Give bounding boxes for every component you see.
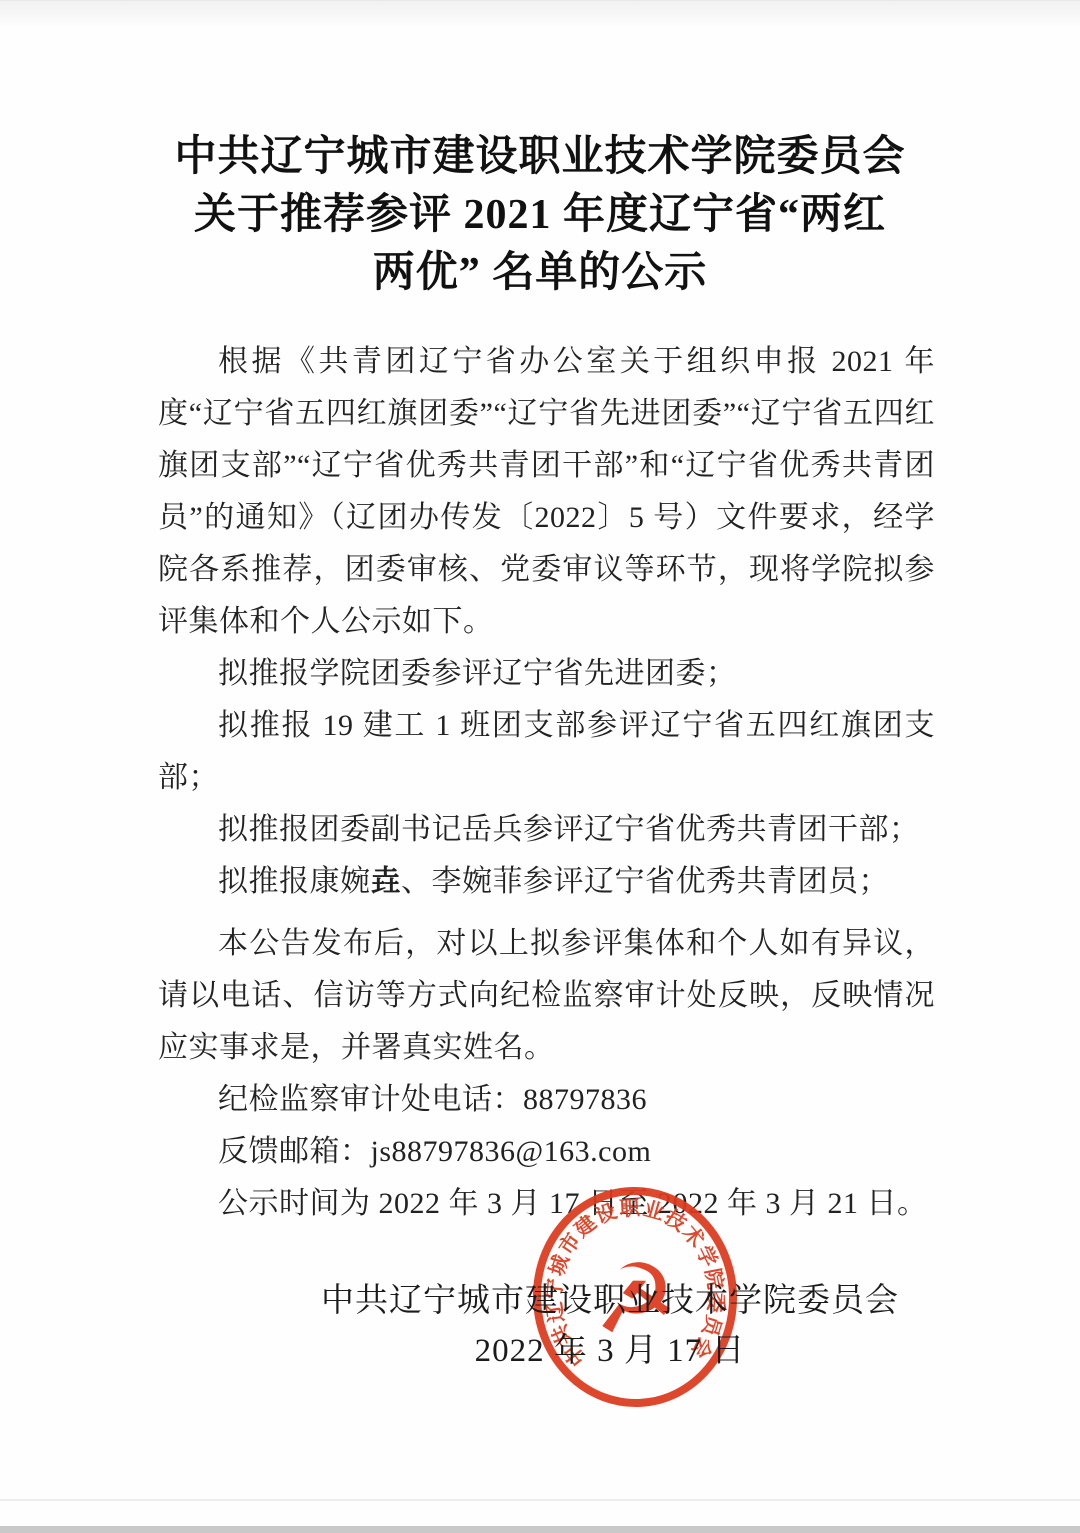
paragraph-objection: 本公告发布后，对以上拟参评集体和个人如有异议，请以电话、信访等方式向纪检监察审计…: [158, 918, 935, 1074]
signature-date: 2022 年 3 月 17 日: [140, 1326, 1080, 1376]
recommendation-item-4-pre: 拟推报康婉: [218, 865, 371, 898]
bottom-border-strip: [0, 1526, 1080, 1533]
document-body: 根据《共青团辽宁省办公室关于组织申报 2021 年度“辽宁省五四红旗团委”“辽宁…: [158, 336, 935, 1230]
recommendation-item-3: 拟推报团委副书记岳兵参评辽宁省优秀共青团干部；: [158, 804, 935, 856]
title-line-3: 两优” 名单的公示: [0, 244, 1080, 302]
recommendation-item-4: 拟推报康婉垚、李婉菲参评辽宁省优秀共青团员；: [158, 856, 935, 908]
top-shadow-band: [0, 0, 1080, 27]
recommendation-item-1: 拟推报学院团委参评辽宁省先进团委；: [158, 648, 935, 700]
title-line-1: 中共辽宁城市建设职业技术学院委员会: [0, 128, 1080, 186]
document-page: 中共辽宁城市建设职业技术学院委员会 关于推荐参评 2021 年度辽宁省“两红 两…: [0, 0, 1080, 1533]
contact-phone-line: 纪检监察审计处电话：88797836: [158, 1074, 935, 1126]
recommendation-item-4-name-char: 垚: [371, 864, 402, 899]
signature-block: 中共辽宁城市建设职业技术学院委员会 2022 年 3 月 17 日: [0, 1276, 1080, 1376]
paragraph-basis: 根据《共青团辽宁省办公室关于组织申报 2021 年度“辽宁省五四红旗团委”“辽宁…: [158, 336, 935, 648]
document-title: 中共辽宁城市建设职业技术学院委员会 关于推荐参评 2021 年度辽宁省“两红 两…: [0, 0, 1080, 302]
signature-committee: 中共辽宁城市建设职业技术学院委员会: [140, 1276, 1080, 1326]
recommendation-item-2: 拟推报 19 建工 1 班团支部参评辽宁省五四红旗团支部；: [158, 700, 935, 804]
contact-email-line: 反馈邮箱：js88797836@163.com: [158, 1126, 935, 1178]
recommendation-item-4-post: 、李婉菲参评辽宁省优秀共青团员；: [401, 865, 889, 898]
title-line-2: 关于推荐参评 2021 年度辽宁省“两红: [0, 186, 1080, 244]
bottom-faint-line: [0, 1499, 1080, 1501]
